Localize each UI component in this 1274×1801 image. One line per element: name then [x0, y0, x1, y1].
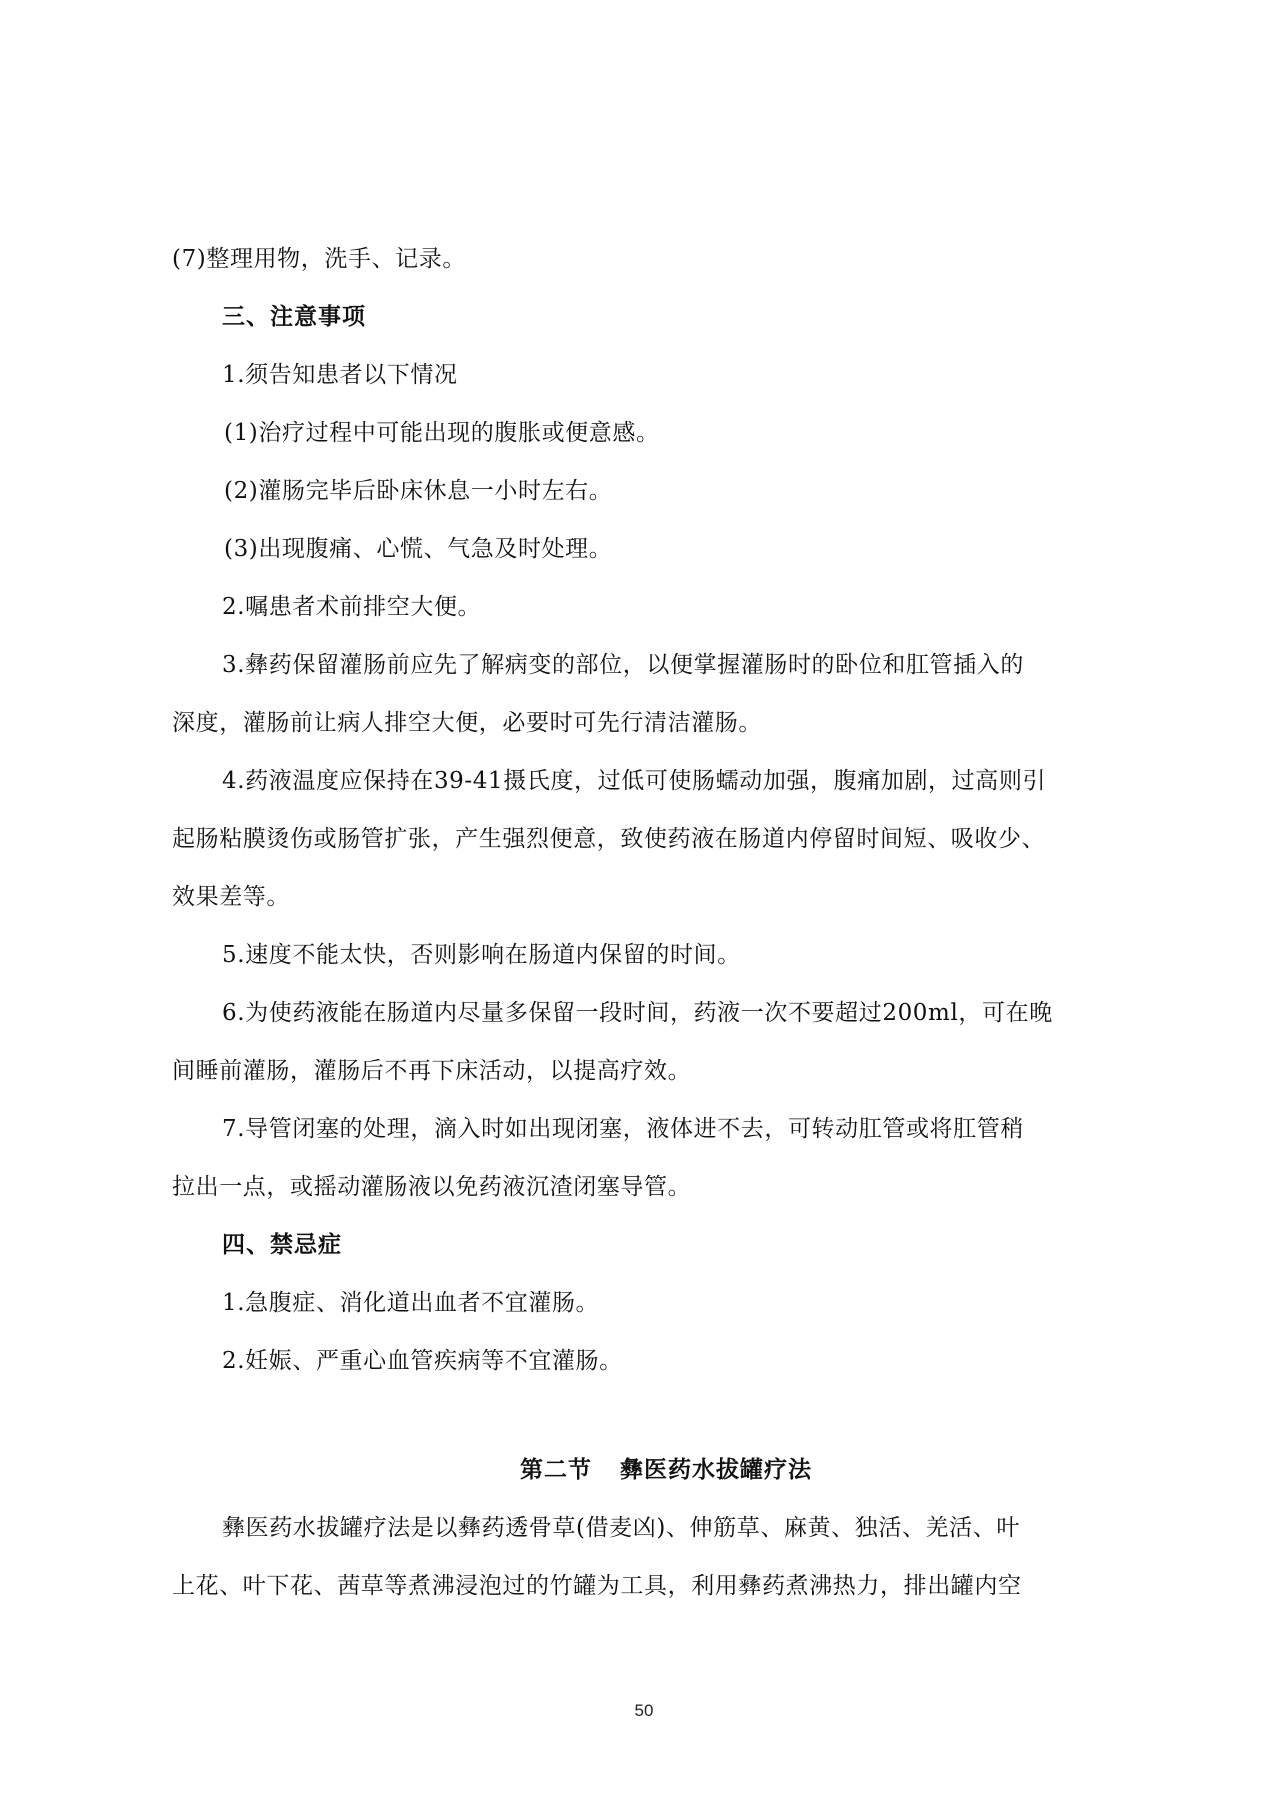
- section-title: 第二节彝医药水拔罐疗法: [0, 1455, 1274, 1485]
- paragraph-subitem-3: (3)出现腹痛、心慌、气急及时处理。: [224, 534, 612, 564]
- paragraph-item-6-line-2: 间睡前灌肠，灌肠后不再下床活动，以提高疗效。: [172, 1056, 691, 1086]
- section-name: 彝医药水拔罐疗法: [620, 1457, 812, 1483]
- paragraph-item-2: 2.嘱患者术前排空大便。: [222, 592, 481, 622]
- paragraph-item-4-line-3: 效果差等。: [172, 882, 290, 912]
- section-paragraph-line-1: 彝医药水拔罐疗法是以彝药透骨草(借麦凶)、伸筋草、麻黄、独活、羌活、叶: [222, 1513, 1020, 1543]
- paragraph-subitem-2: (2)灌肠完毕后卧床休息一小时左右。: [224, 476, 612, 506]
- paragraph-contraindication-2: 2.妊娠、严重心血管疾病等不宜灌肠。: [222, 1346, 623, 1376]
- paragraph-item-3-line-2: 深度，灌肠前让病人排空大便，必要时可先行清洁灌肠。: [172, 708, 762, 738]
- paragraph-contraindication-1: 1.急腹症、消化道出血者不宜灌肠。: [222, 1288, 599, 1318]
- paragraph-item-6-line-1: 6.为使药液能在肠道内尽量多保留一段时间，药液一次不要超过200ml，可在晚: [222, 998, 1053, 1028]
- paragraph-item-4-line-2: 起肠粘膜烫伤或肠管扩张，产生强烈便意，致使药液在肠道内停留时间短、吸收少、: [172, 824, 1045, 854]
- section-paragraph-line-2: 上花、叶下花、茜草等煮沸浸泡过的竹罐为工具，利用彝药煮沸热力，排出罐内空: [172, 1571, 1022, 1601]
- paragraph-item-7-line-1: 7.导管闭塞的处理，滴入时如出现闭塞，液体进不去，可转动肛管或将肛管稍: [222, 1114, 1024, 1144]
- paragraph-item-5: 5.速度不能太快，否则影响在肠道内保留的时间。: [222, 940, 741, 970]
- paragraph-item-1: 1.须告知患者以下情况: [222, 360, 458, 390]
- section-number: 第二节: [520, 1457, 592, 1483]
- paragraph-item-7-line-2: 拉出一点，或摇动灌肠液以免药液沉渣闭塞导管。: [172, 1172, 691, 1202]
- document-page: (7)整理用物，洗手、记录。 三、注意事项 1.须告知患者以下情况 (1)治疗过…: [0, 0, 1274, 1801]
- page-number: 50: [0, 1700, 1274, 1722]
- paragraph-item-3-line-1: 3.彝药保留灌肠前应先了解病变的部位，以便掌握灌肠时的卧位和肛管插入的: [222, 650, 1024, 680]
- paragraph-subitem-1: (1)治疗过程中可能出现的腹胀或便意感。: [224, 418, 660, 448]
- heading-precautions: 三、注意事项: [222, 302, 366, 332]
- paragraph-step-7: (7)整理用物，洗手、记录。: [172, 244, 466, 274]
- paragraph-item-4-line-1: 4.药液温度应保持在39-41摄氏度，过低可使肠蠕动加强，腹痛加剧，过高则引: [222, 766, 1046, 796]
- heading-contraindications: 四、禁忌症: [222, 1230, 342, 1260]
